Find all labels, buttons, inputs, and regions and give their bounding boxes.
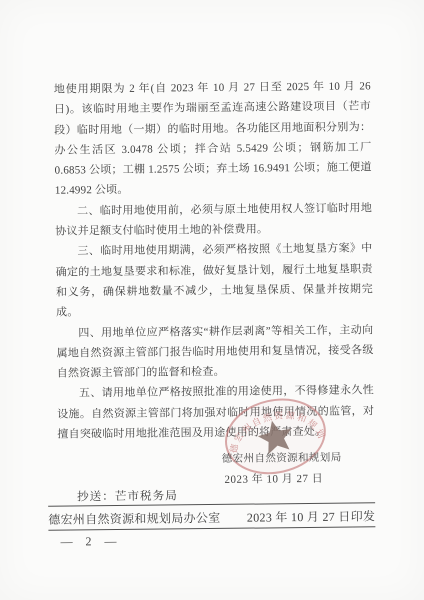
scanned-document-page: 地使用期限为 2 年(自 2023 年 10 月 27 日至 2025 年 10…	[0, 0, 424, 600]
official-seal-graphic: 德宏州自然资源和规划局	[220, 393, 331, 480]
official-seal: 德宏州自然资源和规划局	[220, 393, 331, 480]
paragraph-item-2: 二、临时用地使用前，必须与原土地使用权人签订临时用地协议并足额支付临时使用土地的…	[55, 198, 372, 242]
paragraph-item-4: 四、用地单位应严格落实“耕作层剥离”等相关工作，主动向属地自然资源主管部门报告临…	[56, 320, 374, 384]
footer-office-name: 德宏州自然资源和规划局办公室	[48, 509, 220, 528]
footer-row: 德宏州自然资源和规划局办公室 2023 年 10 月 27 日印发	[48, 507, 375, 527]
issuing-date: 2023 年 10 月 27 日	[214, 470, 334, 487]
paragraph-item-3: 三、临时用地使用期满，必须严格按照《土地复垦方案》中确定的土地复垦要求和标准，做…	[55, 239, 373, 324]
cc-line: 抄送：芒市税务局	[77, 487, 178, 504]
page-number: — 2 —	[60, 534, 121, 550]
issuing-agency-name: 德宏州自然资源和规划局	[220, 450, 344, 466]
footer-print-date: 2023 年 10 月 27 日印发	[247, 507, 376, 525]
document-body-text: 地使用期限为 2 年(自 2023 年 10 月 27 日至 2025 年 10…	[54, 76, 375, 445]
paragraph-continuation: 地使用期限为 2 年(自 2023 年 10 月 27 日至 2025 年 10…	[54, 76, 372, 201]
document-content: 地使用期限为 2 年(自 2023 年 10 月 27 日至 2025 年 10…	[0, 0, 424, 600]
